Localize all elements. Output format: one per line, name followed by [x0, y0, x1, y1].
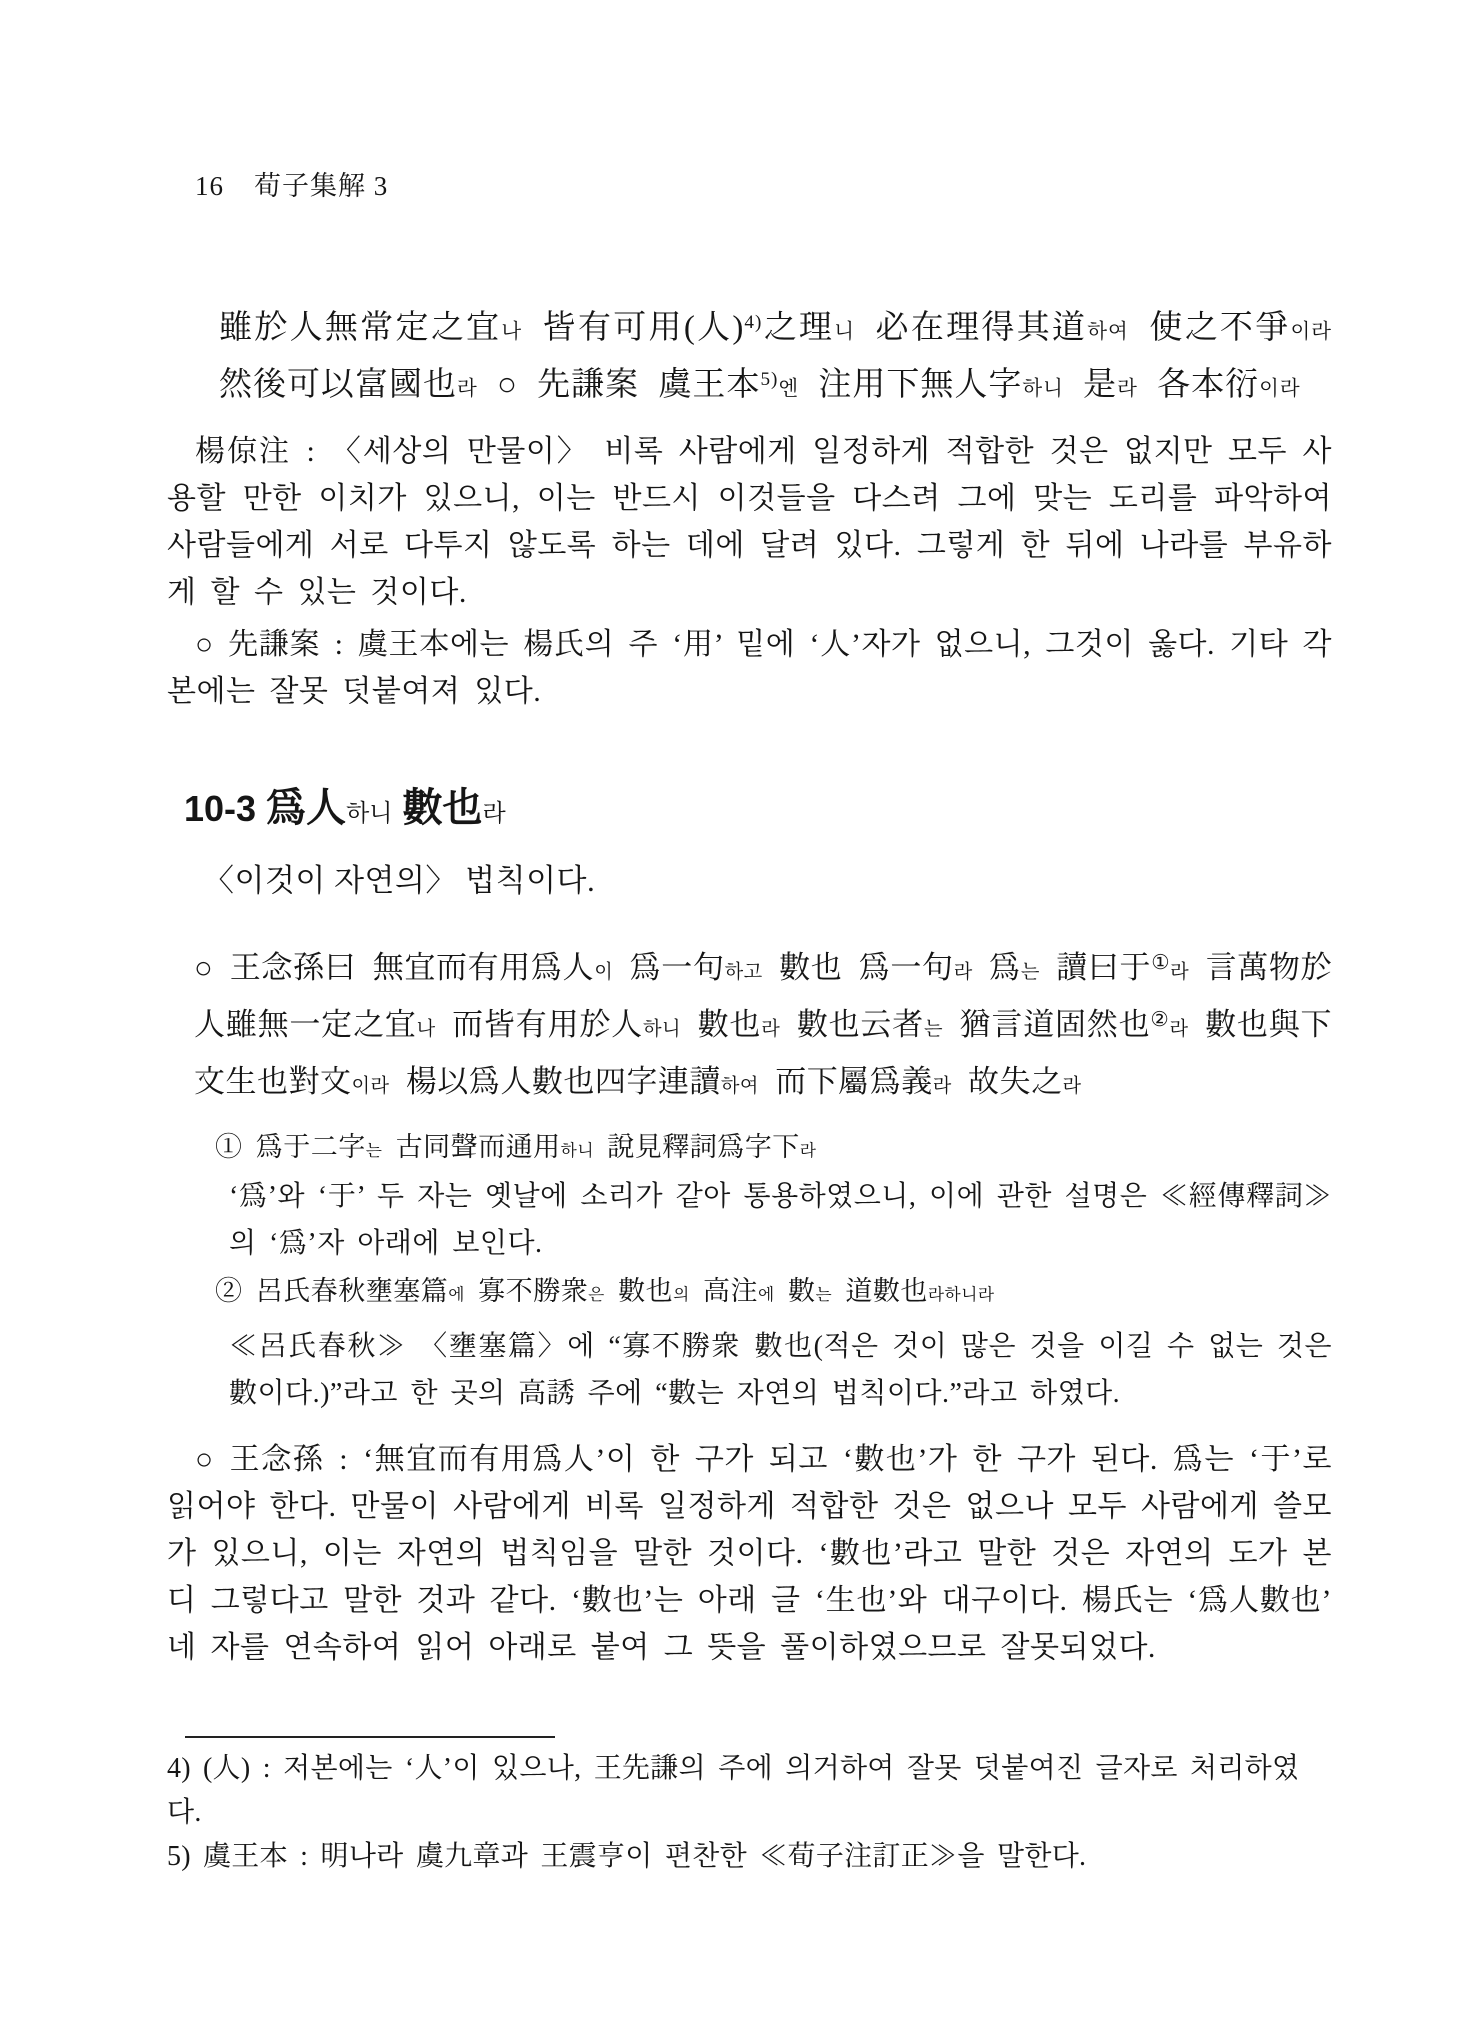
- book-title: 荀子集解 3: [254, 171, 388, 201]
- wang-niansun-translation: ○ 王念孫 : ‘無宜而有用爲人’이 한 구가 되고 ‘數也’가 한 구가 된다…: [167, 1436, 1332, 1671]
- footnote-section: 4)(人) : 저본에는 ‘人’이 있으나, 王先謙의 주에 의거하여 잘못 덧…: [167, 1736, 1332, 1879]
- yang-liang-note-translation: 楊倞注 : 〈세상의 만물이〉 비록 사람에게 일정하게 적합한 것은 없지만 …: [167, 428, 1332, 616]
- wang-niansun-hanmun: ○ 王念孫曰 無宜而有用爲人이 爲一句하고 數也 爲一句라 爲는 讀曰于①라 言…: [194, 942, 1332, 1113]
- footnote-4: 4)(人) : 저본에는 ‘人’이 있으나, 王先謙의 주에 의거하여 잘못 덧…: [167, 1747, 1332, 1835]
- annotation-2-translation: ≪呂氏春秋≫ 〈壅塞篇〉에 “寡不勝衆 數也(적은 것이 많은 것을 이길 수 …: [229, 1323, 1332, 1417]
- section-translation: 〈이것이 자연의〉 법칙이다.: [203, 857, 1332, 905]
- annotation-1-hanmun: ① 爲于二字는 古同聲而通用하니 說見釋詞爲字下라: [215, 1125, 1332, 1173]
- footnote-5-text: 虞王本 : 明나라 虞九章과 王震亨이 편찬한 ≪荀子注訂正≫을 말한다.: [203, 1841, 1086, 1872]
- footnote-5-label: 5): [167, 1841, 191, 1872]
- footnote-divider: [185, 1736, 555, 1738]
- footnote-5: 5)虞王本 : 明나라 虞九章과 王震亨이 편찬한 ≪荀子注訂正≫을 말한다.: [167, 1835, 1332, 1879]
- annotation-2: ② 呂氏春秋壅塞篇에 寡不勝衆은 數也의 高注에 數는 道數也라하니라 ≪呂氏春…: [167, 1269, 1332, 1417]
- footnote-4-label: 4): [167, 1753, 191, 1784]
- annotation-1-translation: ‘爲’와 ‘于’ 두 자는 옛날에 소리가 같아 통용하였으니, 이에 관한 설…: [229, 1173, 1332, 1267]
- footnote-4-text: (人) : 저본에는 ‘人’이 있으나, 王先謙의 주에 의거하여 잘못 덧붙여…: [167, 1753, 1299, 1828]
- page-header: 16荀子集解 3: [195, 170, 1332, 202]
- xianqian-note-translation: ○ 先謙案 : 虞王本에는 楊氏의 주 ‘用’ 밑에 ‘人’자가 없으니, 그것…: [167, 621, 1332, 715]
- annotation-1: ① 爲于二字는 古同聲而通用하니 說見釋詞爲字下라 ‘爲’와 ‘于’ 두 자는 …: [167, 1125, 1332, 1267]
- page-number: 16: [195, 171, 224, 201]
- source-text-hanmun: 雖於人無常定之宜나 皆有可用(人)4)之理니 必在理得其道하여 使之不爭이라 然…: [219, 302, 1332, 416]
- annotation-2-hanmun: ② 呂氏春秋壅塞篇에 寡不勝衆은 數也의 高注에 數는 道數也라하니라: [215, 1269, 1332, 1317]
- book-page: 16荀子集解 3 雖於人無常定之宜나 皆有可用(人)4)之理니 必在理得其道하여…: [0, 0, 1480, 2024]
- section-heading: 10-3 爲人하니 數也라: [184, 781, 1332, 841]
